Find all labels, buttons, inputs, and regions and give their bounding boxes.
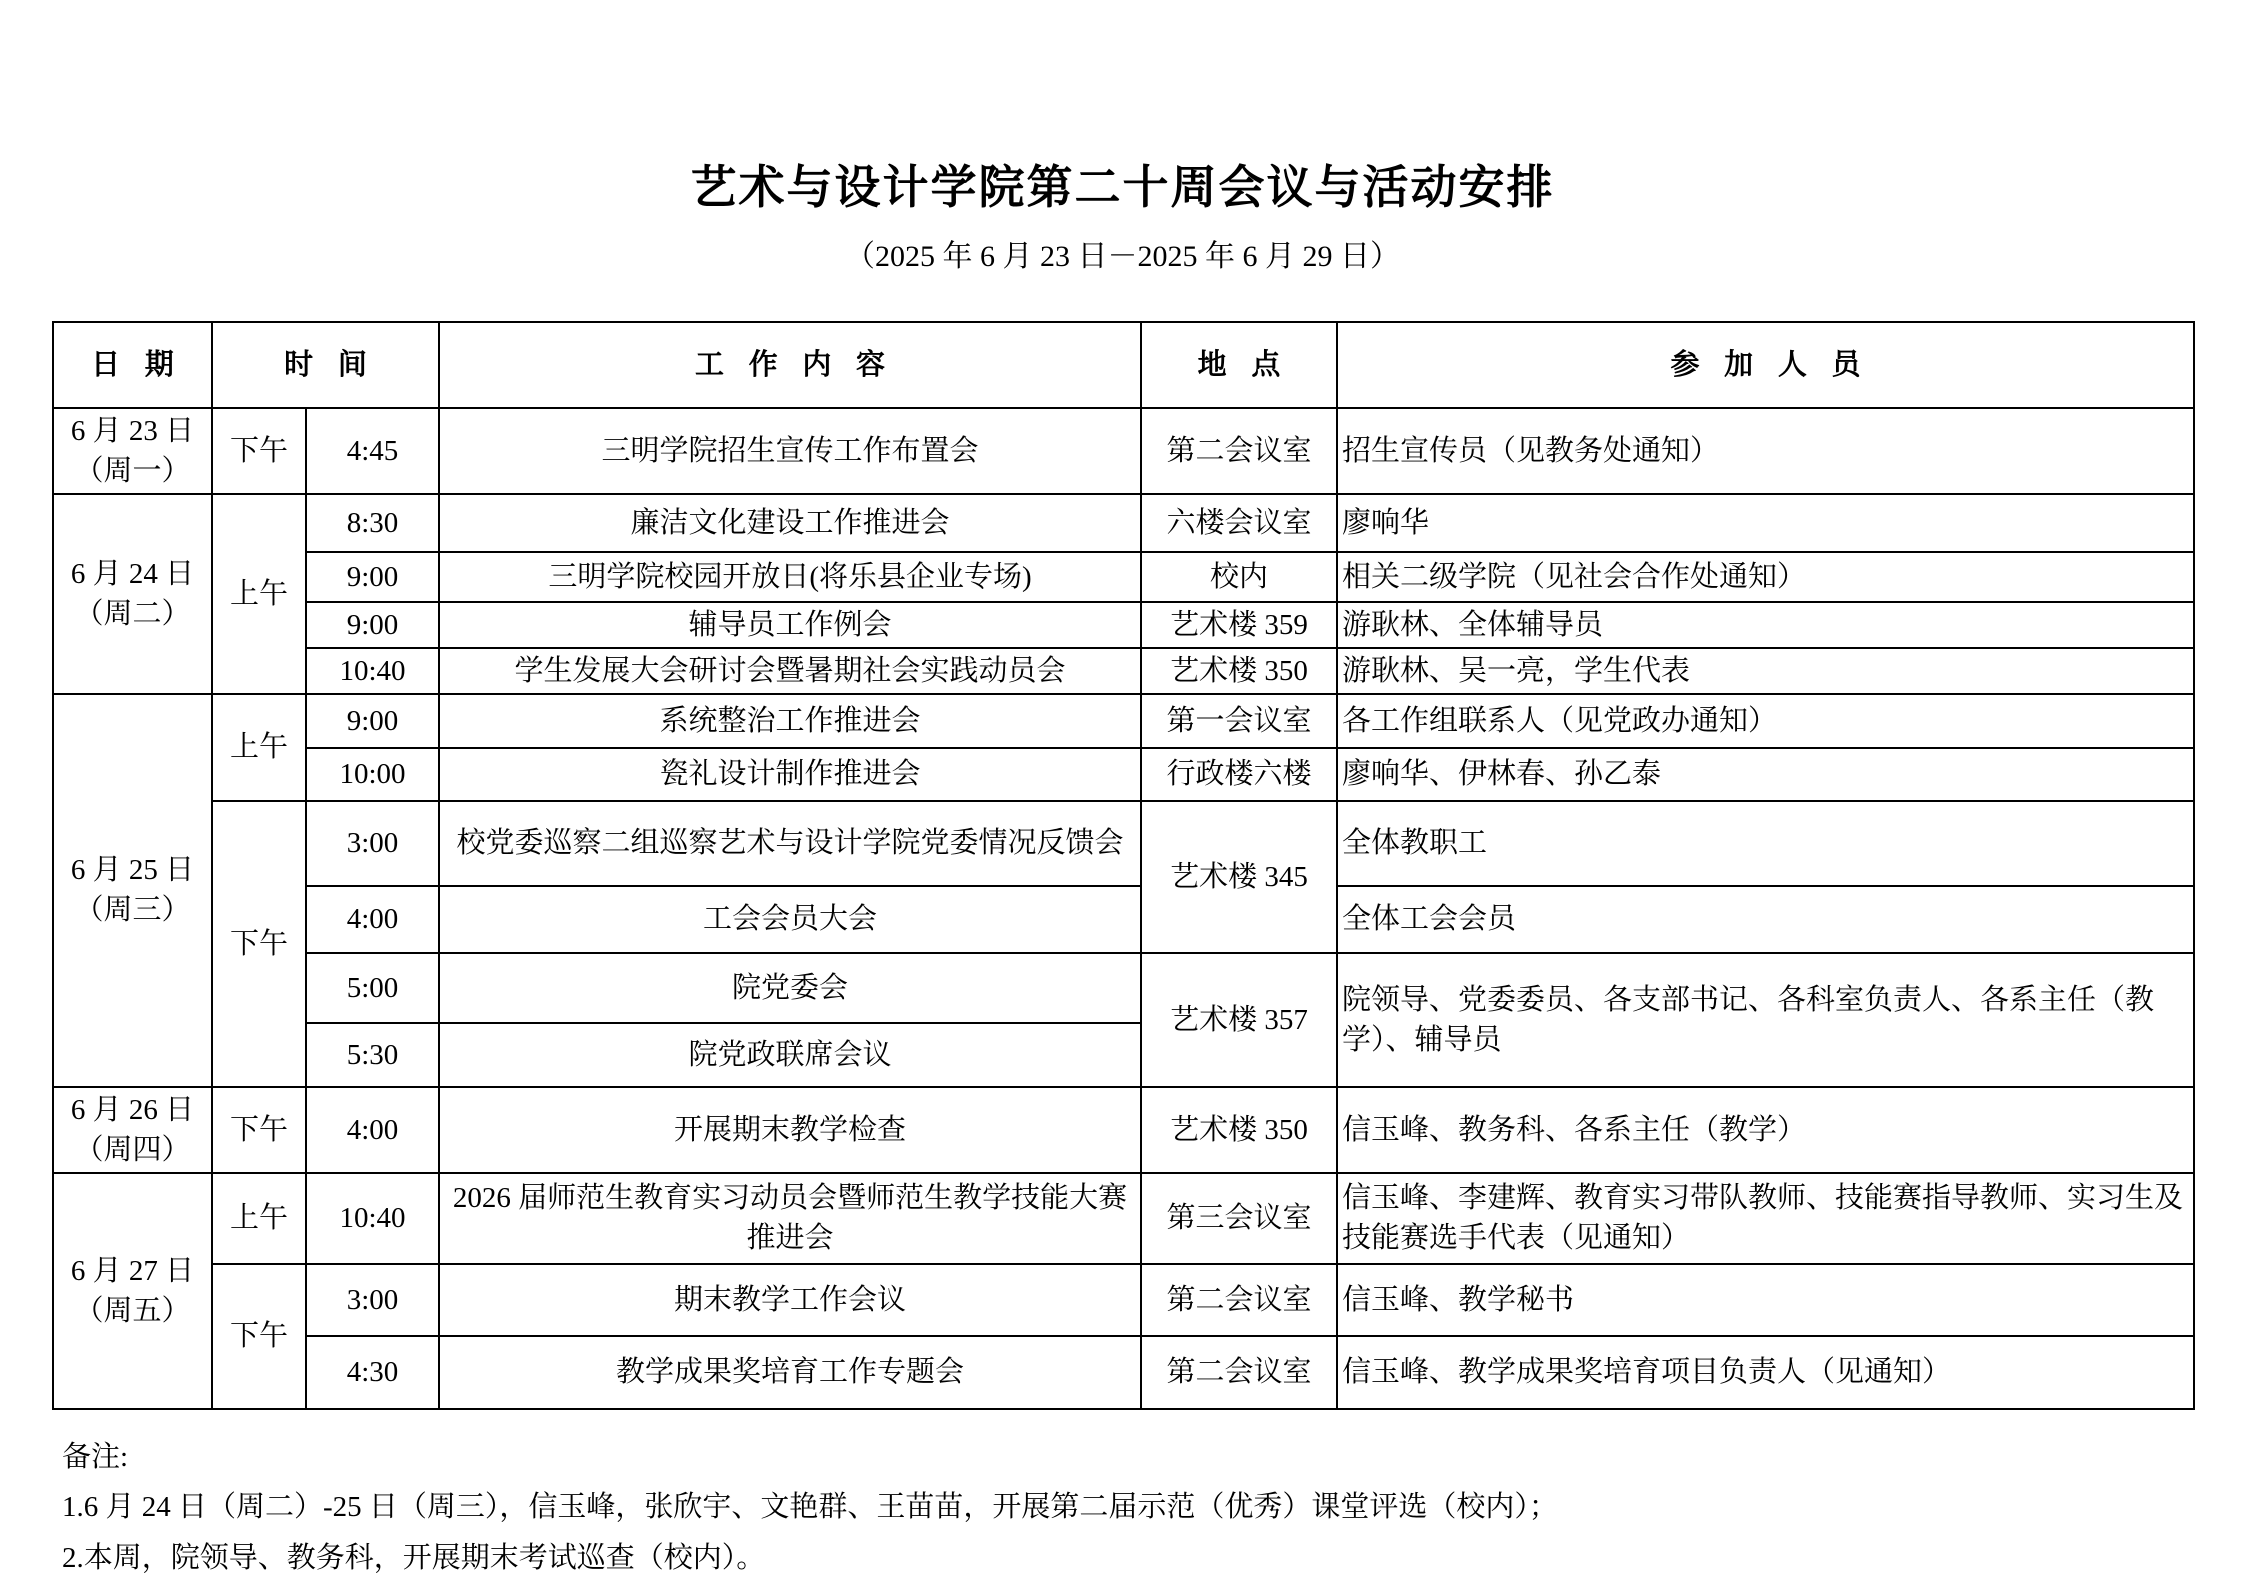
cell-time: 5:00 [306, 953, 439, 1023]
cell-content: 瓷礼设计制作推进会 [439, 748, 1141, 801]
cell-time: 10:40 [306, 1173, 439, 1264]
cell-participants: 各工作组联系人（见党政办通知） [1337, 694, 2194, 748]
notes-label: 备注: [62, 1432, 2193, 1482]
schedule-table: 日期 时间 工作内容 地点 参加人员 6 月 23 日 （周一） 下午 4:45… [52, 321, 2195, 1410]
cell-participants: 信玉峰、李建辉、教育实习带队教师、技能赛指导教师、实习生及技能赛选手代表（见通知… [1337, 1173, 2194, 1264]
cell-time: 3:00 [306, 801, 439, 886]
cell-content: 教学成果奖培育工作专题会 [439, 1336, 1141, 1409]
cell-date: 6 月 23 日 （周一） [53, 408, 212, 494]
cell-time: 9:00 [306, 694, 439, 748]
cell-location: 艺术楼 359 [1141, 602, 1337, 648]
cell-time: 4:45 [306, 408, 439, 494]
document-page: 艺术与设计学院第二十周会议与活动安排 （2025 年 6 月 23 日－2025… [0, 0, 2245, 1587]
table-row: 9:00 三明学院校园开放日(将乐县企业专场) 校内 相关二级学院（见社会合作处… [53, 552, 2194, 602]
cell-location: 六楼会议室 [1141, 494, 1337, 552]
cell-content: 学生发展大会研讨会暨暑期社会实践动员会 [439, 648, 1141, 694]
cell-date: 6 月 26 日 （周四） [53, 1087, 212, 1173]
cell-participants: 廖响华、伊林春、孙乙泰 [1337, 748, 2194, 801]
cell-period: 上午 [212, 494, 306, 694]
header-location: 地点 [1141, 322, 1337, 408]
header-time: 时间 [212, 322, 439, 408]
cell-period: 上午 [212, 1173, 306, 1264]
cell-participants: 全体工会会员 [1337, 886, 2194, 953]
cell-time: 8:30 [306, 494, 439, 552]
cell-content: 院党政联席会议 [439, 1023, 1141, 1087]
table-row: 4:30 教学成果奖培育工作专题会 第二会议室 信玉峰、教学成果奖培育项目负责人… [53, 1336, 2194, 1409]
cell-time: 4:30 [306, 1336, 439, 1409]
page-title: 艺术与设计学院第二十周会议与活动安排 [52, 0, 2193, 214]
cell-content: 期末教学工作会议 [439, 1264, 1141, 1336]
cell-location: 校内 [1141, 552, 1337, 602]
cell-location: 艺术楼 350 [1141, 1087, 1337, 1173]
table-row: 下午 3:00 校党委巡察二组巡察艺术与设计学院党委情况反馈会 艺术楼 345 … [53, 801, 2194, 886]
table-row: 下午 3:00 期末教学工作会议 第二会议室 信玉峰、教学秘书 [53, 1264, 2194, 1336]
cell-participants: 游耿林、吴一亮，学生代表 [1337, 648, 2194, 694]
table-row: 10:40 学生发展大会研讨会暨暑期社会实践动员会 艺术楼 350 游耿林、吴一… [53, 648, 2194, 694]
cell-time: 4:00 [306, 1087, 439, 1173]
cell-participants: 院领导、党委委员、各支部书记、各科室负责人、各系主任（教学）、辅导员 [1337, 953, 2194, 1087]
cell-date: 6 月 27 日 （周五） [53, 1173, 212, 1409]
notes: 备注: 1.6 月 24 日（周二）-25 日（周三），信玉峰，张欣宇、文艳群、… [52, 1432, 2193, 1583]
cell-location: 第二会议室 [1141, 408, 1337, 494]
cell-content: 三明学院招生宣传工作布置会 [439, 408, 1141, 494]
header-participants: 参加人员 [1337, 322, 2194, 408]
cell-period: 下午 [212, 1087, 306, 1173]
cell-participants: 游耿林、全体辅导员 [1337, 602, 2194, 648]
cell-time: 4:00 [306, 886, 439, 953]
table-row: 5:00 院党委会 艺术楼 357 院领导、党委委员、各支部书记、各科室负责人、… [53, 953, 2194, 1023]
cell-period: 下午 [212, 801, 306, 1087]
cell-time: 3:00 [306, 1264, 439, 1336]
cell-location: 艺术楼 350 [1141, 648, 1337, 694]
cell-content: 院党委会 [439, 953, 1141, 1023]
cell-location: 行政楼六楼 [1141, 748, 1337, 801]
cell-participants: 相关二级学院（见社会合作处通知） [1337, 552, 2194, 602]
table-row: 6 月 26 日 （周四） 下午 4:00 开展期末教学检查 艺术楼 350 信… [53, 1087, 2194, 1173]
cell-time: 9:00 [306, 602, 439, 648]
cell-participants: 信玉峰、教学成果奖培育项目负责人（见通知） [1337, 1336, 2194, 1409]
cell-content: 系统整治工作推进会 [439, 694, 1141, 748]
cell-time: 10:00 [306, 748, 439, 801]
table-row: 6 月 23 日 （周一） 下午 4:45 三明学院招生宣传工作布置会 第二会议… [53, 408, 2194, 494]
cell-content: 校党委巡察二组巡察艺术与设计学院党委情况反馈会 [439, 801, 1141, 886]
cell-location: 第三会议室 [1141, 1173, 1337, 1264]
table-row: 9:00 辅导员工作例会 艺术楼 359 游耿林、全体辅导员 [53, 602, 2194, 648]
cell-time: 9:00 [306, 552, 439, 602]
table-row: 10:00 瓷礼设计制作推进会 行政楼六楼 廖响华、伊林春、孙乙泰 [53, 748, 2194, 801]
table-header-row: 日期 时间 工作内容 地点 参加人员 [53, 322, 2194, 408]
document-content: 艺术与设计学院第二十周会议与活动安排 （2025 年 6 月 23 日－2025… [52, 0, 2193, 1583]
cell-content: 三明学院校园开放日(将乐县企业专场) [439, 552, 1141, 602]
cell-content: 开展期末教学检查 [439, 1087, 1141, 1173]
cell-content: 2026 届师范生教育实习动员会暨师范生教学技能大赛推进会 [439, 1173, 1141, 1264]
cell-period: 上午 [212, 694, 306, 801]
cell-content: 廉洁文化建设工作推进会 [439, 494, 1141, 552]
page-subtitle: （2025 年 6 月 23 日－2025 年 6 月 29 日） [52, 240, 2193, 273]
note-item-1: 1.6 月 24 日（周二）-25 日（周三），信玉峰，张欣宇、文艳群、王苗苗，… [62, 1482, 2193, 1532]
cell-participants: 信玉峰、教学秘书 [1337, 1264, 2194, 1336]
cell-date: 6 月 24 日 （周二） [53, 494, 212, 694]
cell-location: 第二会议室 [1141, 1336, 1337, 1409]
table-row: 6 月 24 日 （周二） 上午 8:30 廉洁文化建设工作推进会 六楼会议室 … [53, 494, 2194, 552]
cell-location: 第二会议室 [1141, 1264, 1337, 1336]
note-item-2: 2.本周，院领导、教务科，开展期末考试巡查（校内）。 [62, 1533, 2193, 1583]
cell-date: 6 月 25 日 （周三） [53, 694, 212, 1087]
cell-time: 5:30 [306, 1023, 439, 1087]
header-date: 日期 [53, 322, 212, 408]
cell-content: 辅导员工作例会 [439, 602, 1141, 648]
cell-participants: 廖响华 [1337, 494, 2194, 552]
table-row: 4:00 工会会员大会 全体工会会员 [53, 886, 2194, 953]
cell-participants: 招生宣传员（见教务处通知） [1337, 408, 2194, 494]
cell-content: 工会会员大会 [439, 886, 1141, 953]
cell-participants: 信玉峰、教务科、各系主任（教学） [1337, 1087, 2194, 1173]
cell-location: 第一会议室 [1141, 694, 1337, 748]
cell-period: 下午 [212, 1264, 306, 1409]
table-row: 6 月 27 日 （周五） 上午 10:40 2026 届师范生教育实习动员会暨… [53, 1173, 2194, 1264]
cell-period: 下午 [212, 408, 306, 494]
cell-location: 艺术楼 357 [1141, 953, 1337, 1087]
table-row: 6 月 25 日 （周三） 上午 9:00 系统整治工作推进会 第一会议室 各工… [53, 694, 2194, 748]
cell-participants: 全体教职工 [1337, 801, 2194, 886]
header-content: 工作内容 [439, 322, 1141, 408]
cell-time: 10:40 [306, 648, 439, 694]
cell-location: 艺术楼 345 [1141, 801, 1337, 953]
